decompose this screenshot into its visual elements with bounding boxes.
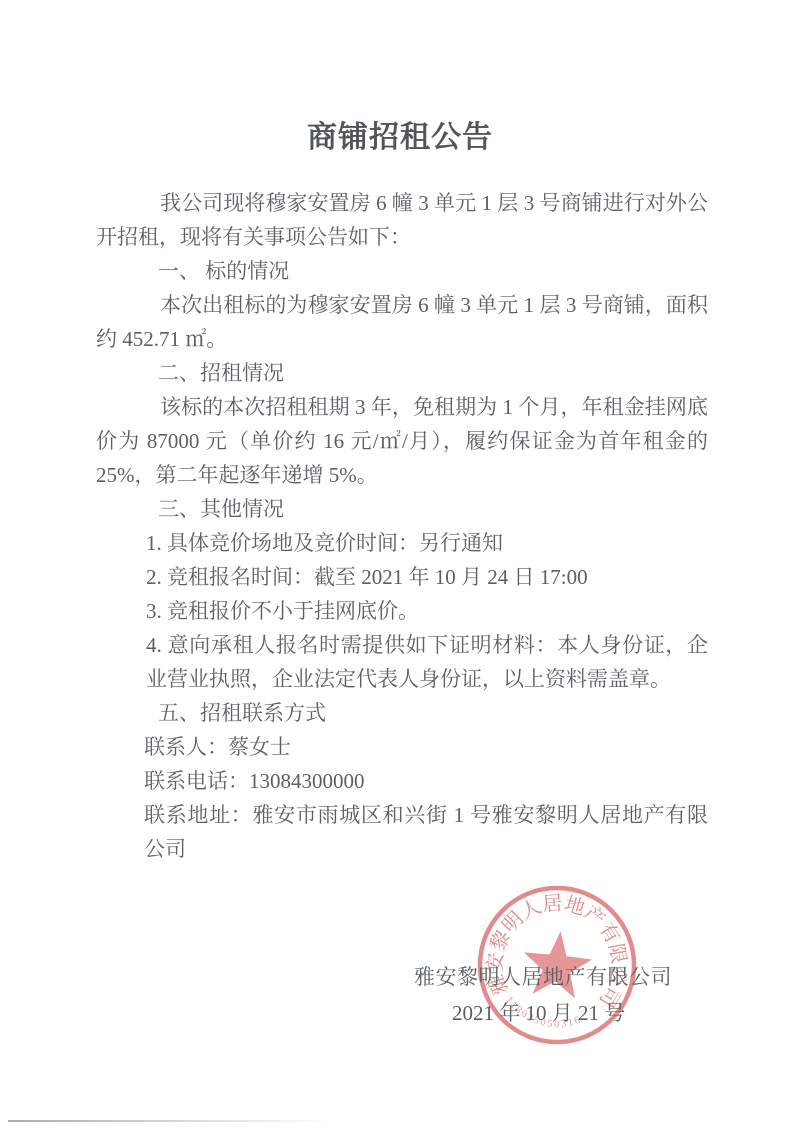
contact-line: 联系地址：雅安市雨城区和兴街 1 号雅安黎明人居地产有限公司 — [96, 798, 708, 866]
contact-line: 联系人：蔡女士 — [96, 730, 708, 764]
section-heading: 三、其他情况 — [96, 492, 708, 526]
paragraph: 本次出租标的为穆家安置房 6 幢 3 单元 1 层 3 号商铺，面积约 452.… — [96, 288, 708, 356]
signature-date: 2021 年 10 月 21 号 — [452, 996, 625, 1030]
paragraph: 我公司现将穆家安置房 6 幢 3 单元 1 层 3 号商铺进行对外公开招租，现将… — [96, 186, 708, 254]
list-item: 2. 竞租报名时间：截至 2021 年 10 月 24 日 17:00 — [96, 560, 708, 594]
contact-line: 联系电话：13084300000 — [96, 764, 708, 798]
section-heading: 二、招租情况 — [96, 356, 708, 390]
document-title: 商铺招租公告 — [0, 112, 800, 156]
paragraph: 该标的本次招租租期 3 年，免租期为 1 个月，年租金挂网底价为 87000 元… — [96, 390, 708, 492]
document-body: 我公司现将穆家安置房 6 幢 3 单元 1 层 3 号商铺进行对外公开招租，现将… — [96, 186, 708, 866]
scan-artifact-line — [8, 1120, 338, 1122]
list-item: 3. 竞租报价不小于挂网底价。 — [96, 594, 708, 628]
signature-company: 雅安黎明人居地产有限公司 — [414, 960, 672, 994]
list-item: 1. 具体竞价场地及竞价时间：另行通知 — [96, 526, 708, 560]
list-item: 4. 意向承租人报名时需提供如下证明材料：本人身份证，企业营业执照，企业法定代表… — [96, 628, 708, 696]
section-heading: 一、 标的情况 — [96, 254, 708, 288]
section-heading: 五、招租联系方式 — [96, 696, 708, 730]
